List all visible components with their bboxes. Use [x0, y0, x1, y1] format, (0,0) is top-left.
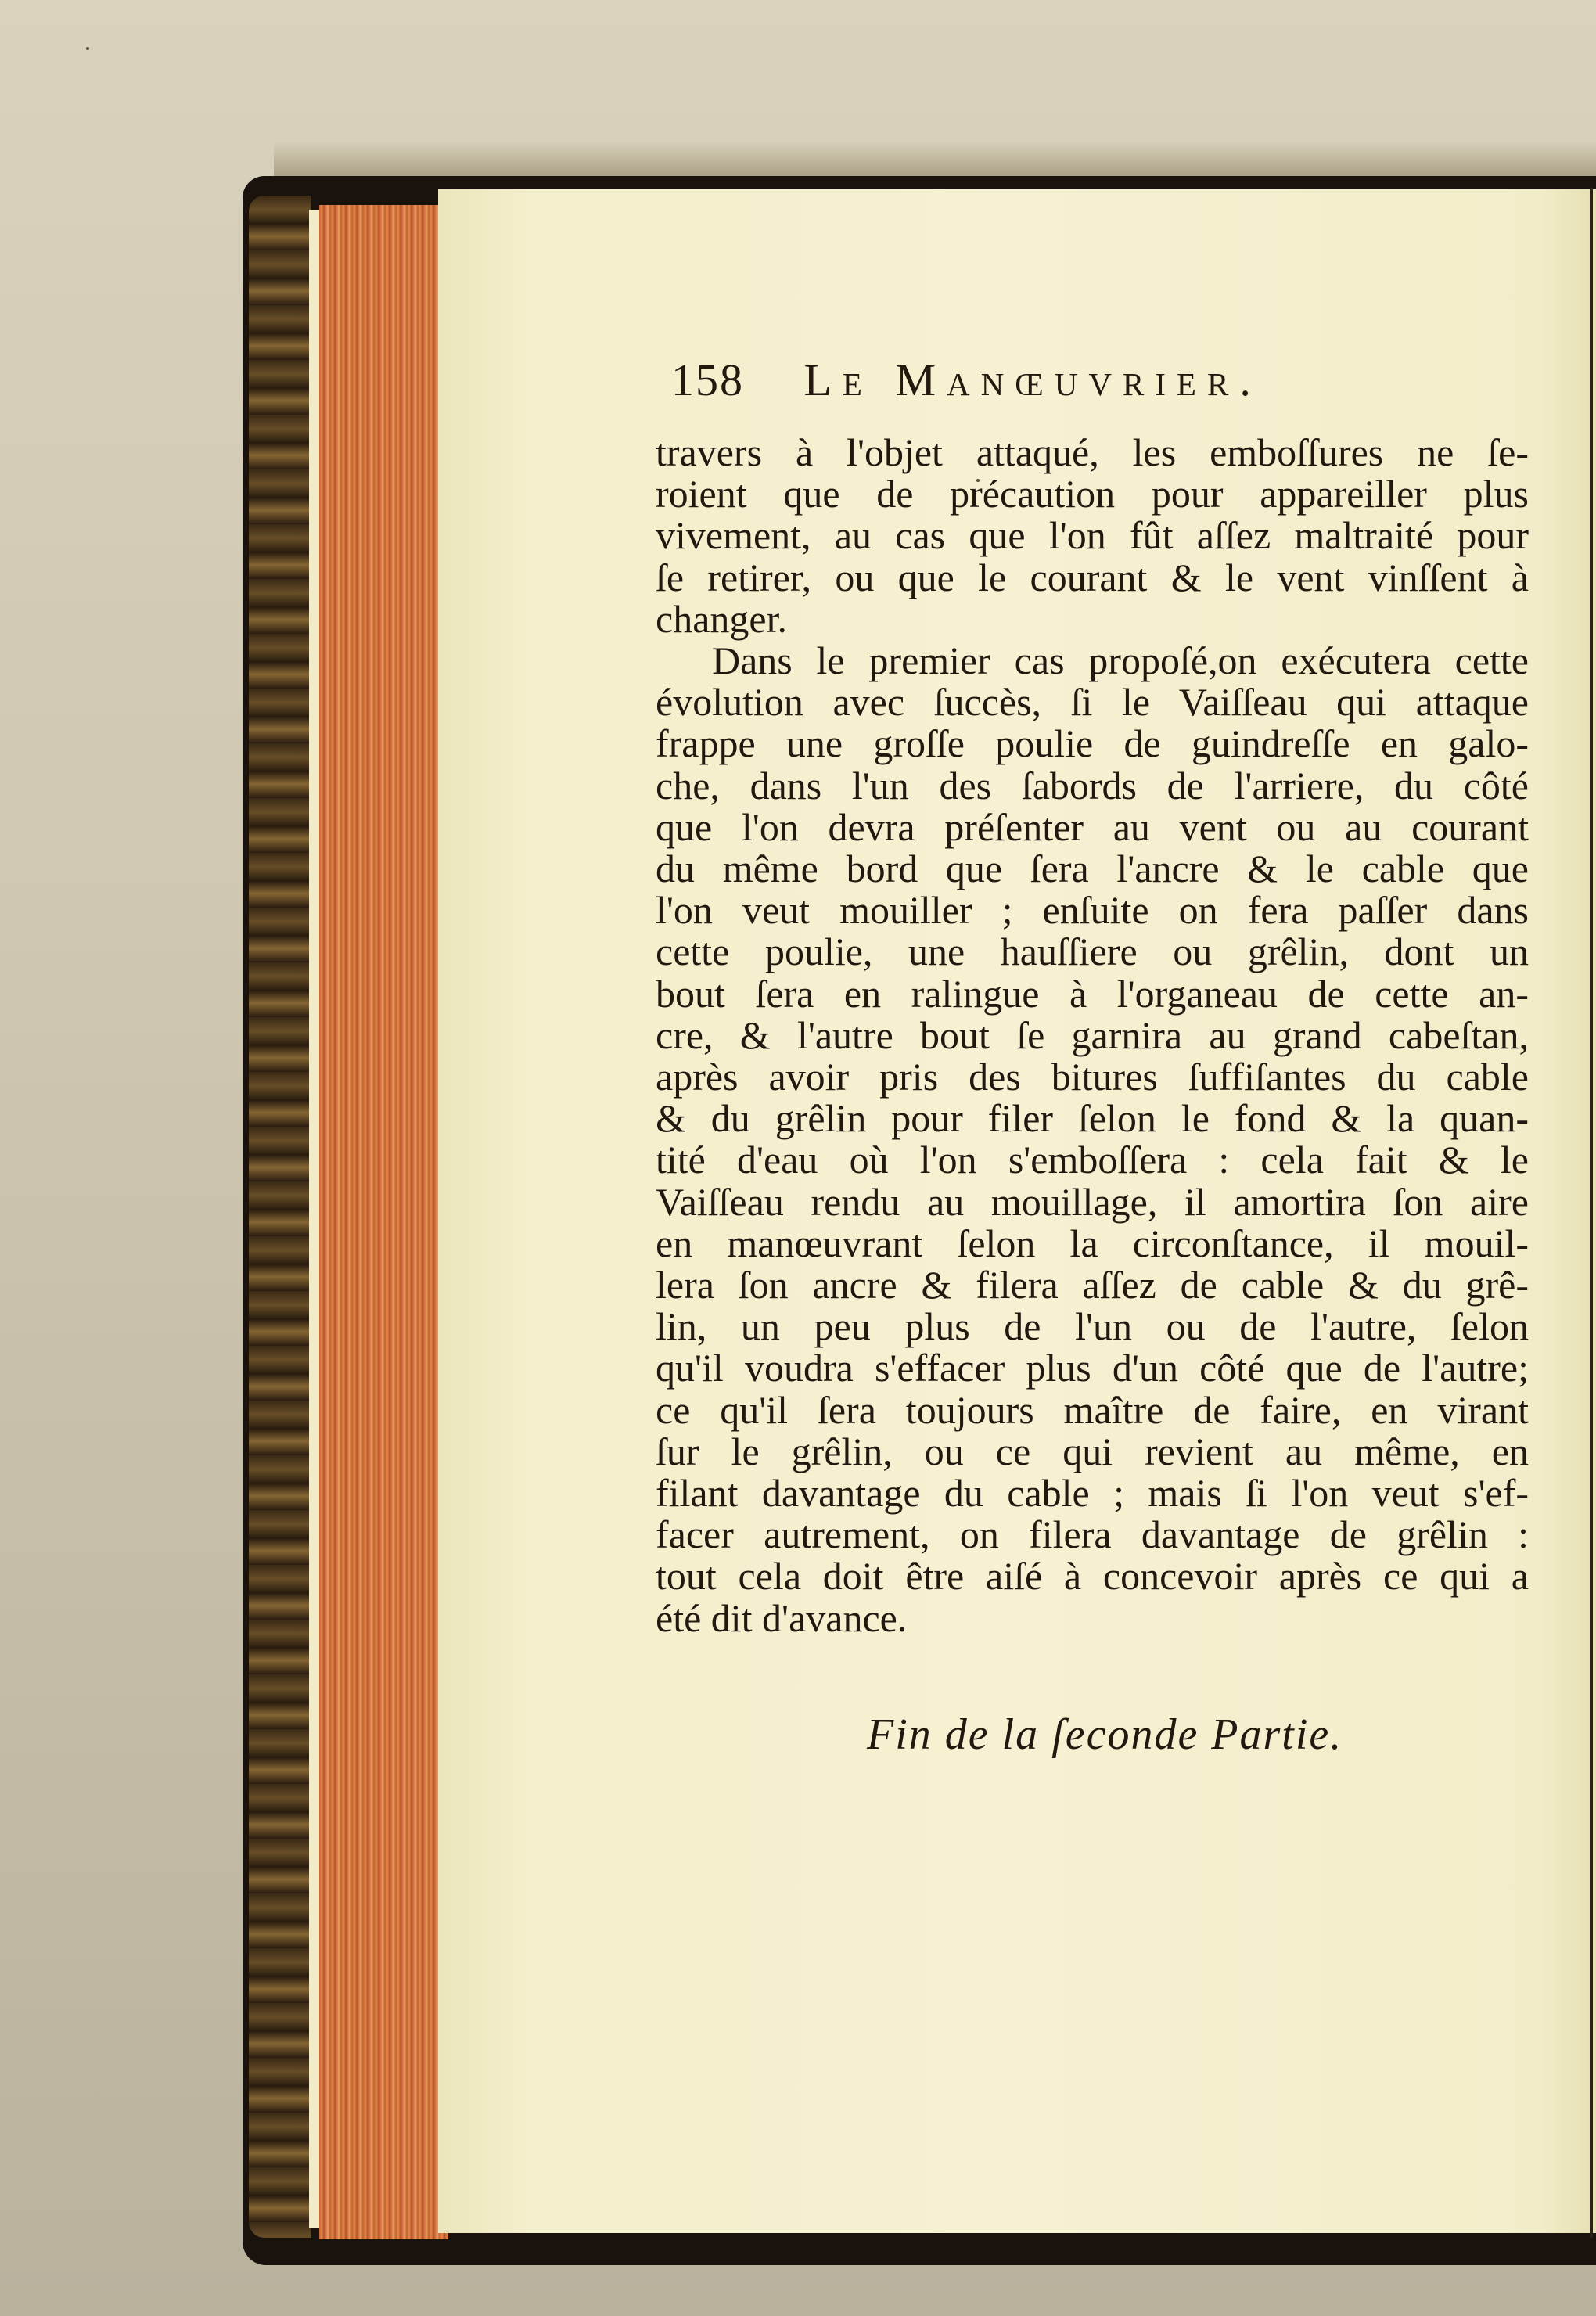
text-line: l'on veut mouiller ; enſuite on fera paſ… — [656, 890, 1529, 931]
text-line: qu'il voudra s'effacer plus d'un côté qu… — [656, 1347, 1529, 1389]
page-fore-edge — [319, 205, 448, 2239]
page-number: 158 — [671, 354, 744, 405]
text-line: ſe retirer, ou que le courant & le vent … — [656, 557, 1529, 599]
text-line: tité d'eau où l'on s'emboſſera : cela fa… — [656, 1139, 1529, 1181]
text-line: lera ſon ancre & filera aſſez de cable &… — [656, 1264, 1529, 1306]
text-line: filant davantage du cable ; mais ſi l'on… — [656, 1473, 1529, 1514]
text-line: été dit d'avance. — [656, 1598, 1529, 1639]
text-line: Dans le premier cas propoſé,on exécutera… — [656, 640, 1529, 681]
text-line: vivement, au cas que l'on fût aſſez malt… — [656, 515, 1529, 556]
page-right-edge — [1590, 188, 1593, 2238]
text-line: cre, & l'autre bout ſe garnira au grand … — [656, 1015, 1529, 1056]
text-line: ſur le grêlin, ou ce qui revient au même… — [656, 1431, 1529, 1473]
text-line: Vaiſſeau rendu au mouillage, il amortira… — [656, 1181, 1529, 1223]
text-line: che, dans l'un des ſabords de l'arriere,… — [656, 765, 1529, 807]
book-spine-leather — [249, 196, 311, 2238]
text-line: changer. — [656, 599, 1529, 640]
text-line: facer autrement, on filera davantage de … — [656, 1514, 1529, 1555]
text-line: lin, un peu plus de l'un ou de l'autre, … — [656, 1306, 1529, 1347]
text-line: après avoir pris des bitures ſuffiſantes… — [656, 1056, 1529, 1098]
text-line: que l'on devra préſenter au vent ou au c… — [656, 807, 1529, 848]
text-line: travers à l'objet attaqué, les emboſſure… — [656, 432, 1529, 473]
running-title: Le Manœuvrier. — [804, 354, 1262, 405]
text-line: du même bord que ſera l'ancre & le cable… — [656, 848, 1529, 890]
text-line: & du grêlin pour filer ſelon le fond & l… — [656, 1098, 1529, 1139]
text-line: tout cela doit être aiſé à concevoir apr… — [656, 1555, 1529, 1597]
text-line: évolution avec ſuccès, ſi le Vaiſſeau qu… — [656, 681, 1529, 723]
speck — [86, 47, 89, 50]
running-header: 158 Le Manœuvrier. — [671, 354, 1532, 406]
text-line: ce qu'il ſera toujours maître de faire, … — [656, 1390, 1529, 1431]
text-line: cette poulie, une hauſſiere ou grêlin, d… — [656, 931, 1529, 973]
section-end-note: Fin de la ſeconde Partie. — [867, 1710, 1414, 1760]
text-line: bout ſera en ralingue à l'organeau de ce… — [656, 973, 1529, 1015]
text-line: roient que de précaution pour appareille… — [656, 473, 1529, 515]
text-line: en manœuvrant ſelon la circonſtance, il … — [656, 1223, 1529, 1264]
body-text: travers à l'objet attaqué, les emboſſure… — [656, 432, 1529, 1639]
text-line: frappe une groſſe poulie de guindreſſe e… — [656, 723, 1529, 764]
